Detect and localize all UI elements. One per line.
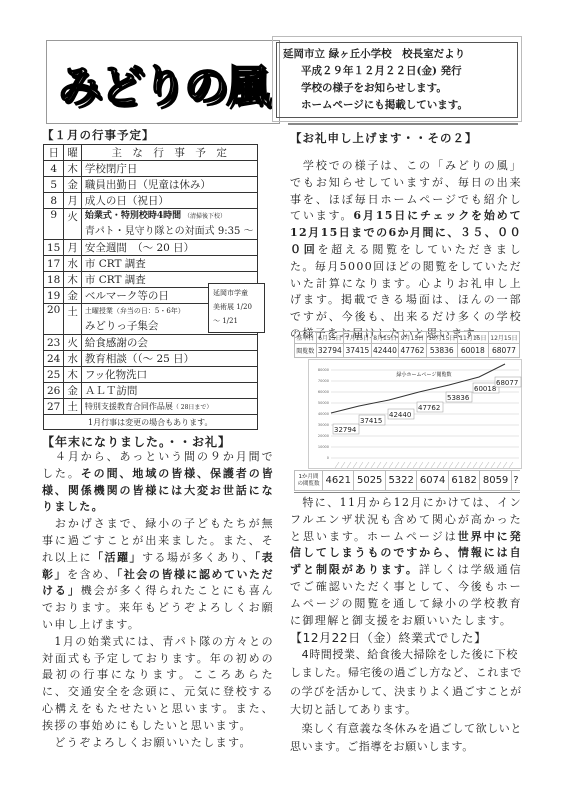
svg-text:60018: 60018: [474, 385, 496, 393]
schedule-header-row: 日 曜 主 な 行 事 予 定: [44, 145, 258, 161]
thanks-body: 学校での様子は、この「みどりの風」でもお知らせしていますが、毎日の出来事を、ほぼ…: [290, 158, 522, 343]
closing-title: 【12月22日（金）終業式でした】: [290, 629, 487, 647]
closing-body: 4時間授業、給食後大掃除をした後に下校しました。帰宅後の過ごし方など、これまでの…: [290, 646, 522, 756]
svg-text:68077: 68077: [496, 379, 518, 387]
table-row: 24水教育相談（（～ 25 日）: [44, 351, 258, 367]
thanks-title: 【お礼申し上げます・・その２】: [290, 130, 478, 146]
table-row: 4木学校閉庁日: [44, 161, 258, 177]
svg-text:40000: 40000: [318, 412, 329, 416]
svg-text:37415: 37415: [360, 417, 382, 425]
year-end-title: 【年末になりました。・・お礼】: [42, 433, 231, 450]
stats-count-row: 閲覧数 32794 37415 42440 47762 53836 60018 …: [295, 344, 520, 358]
monthly-views-table: 1か月間の閲覧数 4621 5025 5322 6074 6182 8059 ?: [294, 470, 520, 491]
table-row: 27土特別支援教育合同作品展（ 28日まで）: [44, 399, 258, 415]
art-exhibition-note: 延岡市学童 美術展 1/20 ～ 1/21: [208, 283, 265, 333]
svg-text:20000: 20000: [318, 434, 329, 438]
svg-text:70000: 70000: [318, 379, 329, 383]
chart-title: 緑小ホームページ閲覧数: [397, 371, 452, 378]
year-end-body: ４月から、あっという間の９か月間でした。その間、地域の皆様、保護者の皆様、関係機…: [42, 449, 274, 751]
school-name: 延岡市立 緑ヶ丘小学校 校長室だより: [283, 46, 511, 63]
table-row: 17水市 CRT 調査: [44, 256, 258, 272]
table-row: 15月安全週間 （～ 20 日）: [44, 240, 258, 256]
svg-text:32794: 32794: [334, 426, 357, 434]
divider: [288, 123, 518, 125]
issue-info-box: 延岡市立 緑ヶ丘小学校 校長室だより 平成２９年１２月２２日(金) 発行 学校の…: [276, 42, 518, 118]
svg-text:0: 0: [327, 456, 329, 460]
masthead: みどりの風: [46, 40, 280, 124]
line-chart: 80000 70000 60000 50000 40000 30000 2000…: [309, 360, 523, 470]
header-dow: 曜: [64, 145, 82, 161]
table-row: 25木フッ化物洗口: [44, 367, 258, 383]
svg-text:42440: 42440: [389, 411, 411, 419]
info-line-4: ホームページにも掲載しています。: [283, 97, 511, 114]
table-row: 26金ＡＬＴ訪問: [44, 383, 258, 399]
pageview-stats-table: 基準日 6月15日 7月15日 8月15日 9月15日 10月15日 11月15…: [294, 331, 520, 358]
svg-text:53836: 53836: [447, 394, 470, 402]
schedule-footer-row: 1月行事は変更の場合もあります。: [44, 415, 258, 430]
schedule-title: 【１月の行事予定】: [42, 127, 155, 143]
info-line-3: 学校の様子をお知らせします。: [283, 80, 511, 97]
monthly-views-row: 1か月間の閲覧数 4621 5025 5322 6074 6182 8059 ?: [295, 471, 521, 491]
table-row: 23火給食感謝の会: [44, 335, 258, 351]
svg-text:30000: 30000: [318, 423, 329, 427]
svg-text:50000: 50000: [318, 401, 329, 405]
svg-text:47762: 47762: [418, 404, 440, 412]
divider: [294, 492, 520, 493]
svg-text:60000: 60000: [318, 390, 329, 394]
svg-text:80000: 80000: [318, 368, 329, 372]
stats-date-row: 基準日 6月15日 7月15日 8月15日 9月15日 10月15日 11月15…: [295, 332, 520, 344]
table-row: 9 火 始業式・特別校時4時間 （清掃後下校） 青パト・見守り隊との対面式 9:…: [44, 209, 258, 240]
header-day: 日: [44, 145, 64, 161]
table-row: 5金職員出勤日（児童は休み）: [44, 177, 258, 193]
svg-text:10000: 10000: [318, 445, 329, 449]
issue-date: 平成２９年１２月２２日(金) 発行: [283, 63, 511, 80]
newsletter-title: みどりの風: [58, 50, 268, 114]
thanks-body-2: 特に、11月から12月にかけては、インフルエンザ状況も含めて関心が高かったと思い…: [290, 495, 522, 629]
pageview-chart: 80000 70000 60000 50000 40000 30000 2000…: [308, 359, 522, 469]
table-row: 8月成人の日（祝日）: [44, 193, 258, 209]
header-event: 主 な 行 事 予 定: [81, 145, 257, 161]
